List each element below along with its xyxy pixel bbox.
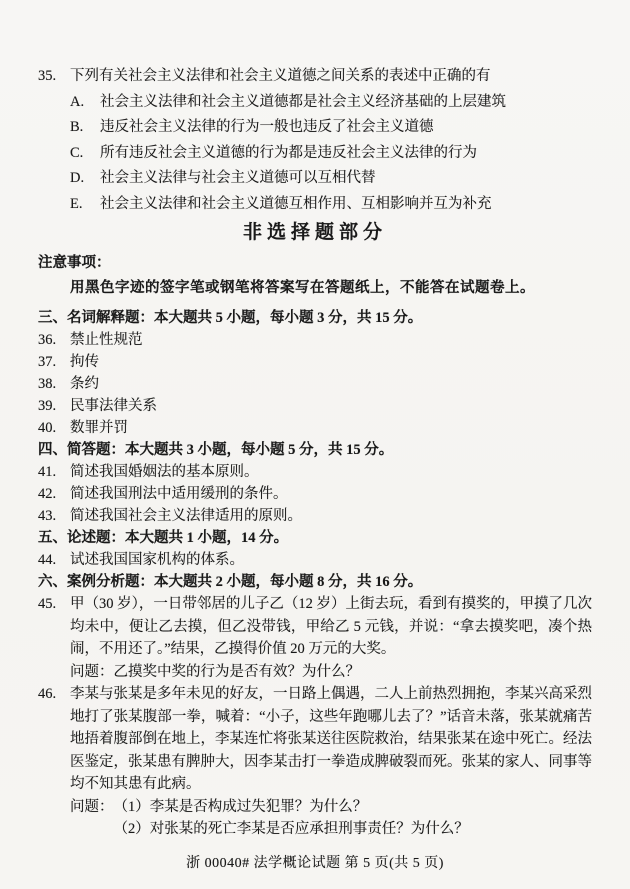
option-text: 社会主义法律与社会主义道德可以互相代替	[100, 166, 592, 192]
case-question-1: （1）李某是否构成过失犯罪？为什么？	[114, 796, 469, 819]
question-37: 37. 拘传	[38, 351, 592, 373]
option-a: A. 社会主义法律和社会主义道德都是社会主义经济基础的上层建筑	[38, 90, 592, 116]
case-question-group: 问题： （1）李某是否构成过失犯罪？为什么？ （2）对张某的死亡李某是否应承担刑…	[70, 796, 469, 841]
question-number: 37.	[38, 351, 70, 373]
notice-title: 注意事项：	[38, 252, 592, 274]
question-number: 36.	[38, 329, 70, 351]
option-label: C.	[70, 141, 100, 167]
option-text: 社会主义法律和社会主义道德互相作用、互相影响并互为补充	[100, 192, 592, 218]
question-44: 44. 试述我国国家机构的体系。	[38, 549, 592, 571]
question-36: 36. 禁止性规范	[38, 329, 592, 351]
exam-page: 35. 下列有关社会主义法律和社会主义道德之间关系的表述中正确的有 A. 社会主…	[0, 0, 630, 889]
question-text: 试述我国国家机构的体系。	[70, 549, 592, 571]
option-label: D.	[70, 166, 100, 192]
option-e: E. 社会主义法律和社会主义道德互相作用、互相影响并互为补充	[38, 192, 592, 218]
question-46: 46. 李某与张某是多年未见的好友，一日路上偶遇，二人上前热烈拥抱，李某兴高采烈…	[38, 683, 592, 796]
question-38: 38. 条约	[38, 373, 592, 395]
option-label: E.	[70, 192, 100, 218]
question-number: 44.	[38, 549, 70, 571]
case-question-text: 问题：乙摸奖中奖的行为是否有效？为什么？	[70, 661, 592, 684]
option-text: 社会主义法律和社会主义道德都是社会主义经济基础的上层建筑	[100, 90, 592, 116]
option-text: 所有违反社会主义道德的行为都是违反社会主义法律的行为	[100, 141, 592, 167]
question-number: 43.	[38, 505, 70, 527]
question-45: 45. 甲（30 岁），一日带邻居的儿子乙（12 岁）上街去玩，看到有摸奖的，甲…	[38, 593, 592, 661]
option-c: C. 所有违反社会主义道德的行为都是违反社会主义法律的行为	[38, 141, 592, 167]
question-42: 42. 简述我国刑法中适用缓刑的条件。	[38, 483, 592, 505]
case-question-items: （1）李某是否构成过失犯罪？为什么？ （2）对张某的死亡李某是否应承担刑事责任？…	[114, 796, 469, 841]
question-text: 数罪并罚	[70, 417, 592, 439]
section-5-title: 五、论述题：本大题共 1 小题，14 分。	[38, 527, 592, 549]
case-question-label: 问题：	[70, 796, 114, 841]
question-text: 民事法律关系	[70, 395, 592, 417]
question-text: 条约	[70, 373, 592, 395]
question-number: 35.	[38, 64, 70, 90]
question-text: 简述我国社会主义法律适用的原则。	[70, 505, 592, 527]
question-text: 简述我国刑法中适用缓刑的条件。	[70, 483, 592, 505]
section-4-title: 四、简答题：本大题共 3 小题，每小题 5 分，共 15 分。	[38, 439, 592, 461]
question-number: 39.	[38, 395, 70, 417]
question-number: 40.	[38, 417, 70, 439]
page-content: 35. 下列有关社会主义法律和社会主义道德之间关系的表述中正确的有 A. 社会主…	[0, 0, 630, 872]
case-text: 李某与张某是多年未见的好友，一日路上偶遇，二人上前热烈拥抱，李某兴高采烈地打了张…	[70, 683, 592, 796]
question-number: 45.	[38, 593, 70, 616]
notice-body: 用黑色字迹的签字笔或钢笔将答案写在答题纸上，不能答在试题卷上。	[38, 276, 592, 300]
question-text: 拘传	[70, 351, 592, 373]
part-heading: 非选择题部分	[38, 221, 592, 245]
question-number: 38.	[38, 373, 70, 395]
case-question-2: （2）对张某的死亡李某是否应承担刑事责任？为什么？	[114, 818, 469, 841]
case-text: 甲（30 岁），一日带邻居的儿子乙（12 岁）上街去玩，看到有摸奖的，甲摸了几次…	[70, 593, 592, 661]
section-3-title: 三、名词解释题：本大题共 5 小题，每小题 3 分，共 15 分。	[38, 307, 592, 329]
question-35-stem: 35. 下列有关社会主义法律和社会主义道德之间关系的表述中正确的有	[38, 64, 592, 90]
option-label: A.	[70, 90, 100, 116]
option-b: B. 违反社会主义法律的行为一般也违反了社会主义道德	[38, 115, 592, 141]
question-text: 简述我国婚姻法的基本原则。	[70, 461, 592, 483]
question-39: 39. 民事法律关系	[38, 395, 592, 417]
question-46-questions: 问题： （1）李某是否构成过失犯罪？为什么？ （2）对张某的死亡李某是否应承担刑…	[38, 796, 592, 841]
page-footer: 浙 00040# 法学概论试题 第 5 页(共 5 页)	[38, 852, 592, 872]
question-40: 40. 数罪并罚	[38, 417, 592, 439]
option-label: B.	[70, 115, 100, 141]
question-text: 下列有关社会主义法律和社会主义道德之间关系的表述中正确的有	[70, 64, 592, 90]
question-41: 41. 简述我国婚姻法的基本原则。	[38, 461, 592, 483]
section-6-title: 六、案例分析题：本大题共 2 小题，每小题 8 分，共 16 分。	[38, 571, 592, 593]
question-text: 禁止性规范	[70, 329, 592, 351]
question-number: 42.	[38, 483, 70, 505]
question-43: 43. 简述我国社会主义法律适用的原则。	[38, 505, 592, 527]
question-number: 41.	[38, 461, 70, 483]
option-text: 违反社会主义法律的行为一般也违反了社会主义道德	[100, 115, 592, 141]
option-d: D. 社会主义法律与社会主义道德可以互相代替	[38, 166, 592, 192]
question-number: 46.	[38, 683, 70, 706]
question-35: 35. 下列有关社会主义法律和社会主义道德之间关系的表述中正确的有 A. 社会主…	[38, 64, 592, 217]
question-45-question: 问题：乙摸奖中奖的行为是否有效？为什么？	[38, 661, 592, 684]
